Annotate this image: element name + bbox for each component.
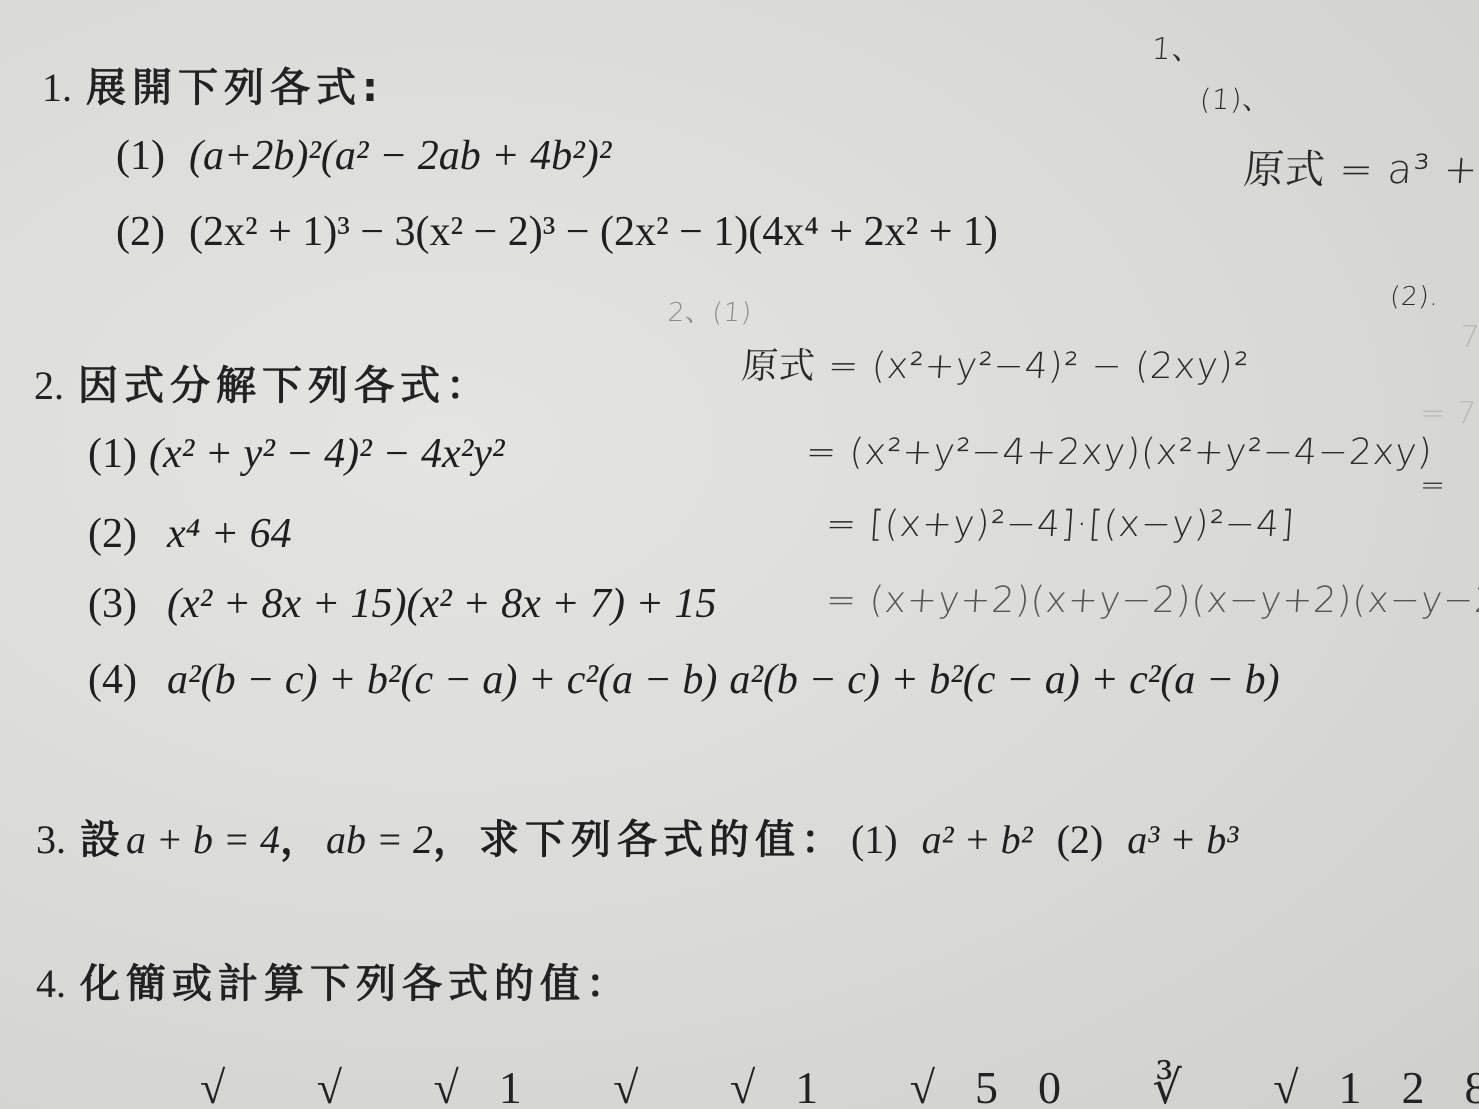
q4-number: 4. bbox=[36, 961, 66, 1006]
q1-item-2: (2)(2x² + 1)³ − 3(x² − 2)³ − (2x² − 1)(4… bbox=[116, 208, 998, 256]
q3-part-2-expr: a³ + b³ bbox=[1127, 817, 1238, 862]
q1-item-1: (1)(a+2b)²(a² − 2ab + 4b²)² bbox=[116, 132, 611, 180]
q2-heading: 2.因式分解下列各式： bbox=[34, 354, 492, 411]
q2-item-1-label: (1) bbox=[88, 431, 137, 477]
hand-faint-2: = bbox=[1419, 468, 1448, 503]
q2-item-1: (1)(x² + y² − 4)² − 4x²y² bbox=[88, 430, 505, 478]
hand-q1-part-2: (2). bbox=[1389, 282, 1440, 312]
q3-cond-1: a + b = 4 bbox=[126, 817, 280, 862]
hand-faint-3: 7 bbox=[1459, 320, 1479, 355]
q3-line: 3.設a + b = 4，ab = 2，求下列各式的值：(1)a² + b²(2… bbox=[36, 808, 1238, 865]
q1-item-1-label: (1) bbox=[116, 133, 165, 179]
q2-item-1-expr: (x² + y² − 4)² − 4x²y² bbox=[149, 431, 505, 477]
q2-item-4-label: (4) bbox=[88, 657, 137, 703]
q4-title: 化簡或計算下列各式的值： bbox=[80, 961, 632, 1007]
hand-q2-line-3: = [(x+y)²−4]·[(x−y)²−4] bbox=[825, 504, 1297, 545]
hand-faint-1: = 7 bbox=[1419, 396, 1478, 431]
q2-item-3-expr: (x² + 8x + 15)(x² + 8x + 7) + 15 bbox=[167, 581, 716, 627]
hand-q1-sub: (1)、 bbox=[1199, 78, 1273, 118]
q1-item-1-expr: (a+2b)²(a² − 2ab + 4b²)² bbox=[189, 133, 611, 179]
q1-item-2-label: (2) bbox=[116, 209, 165, 255]
q2-item-2-label: (2) bbox=[88, 511, 137, 557]
q1-number: 1. bbox=[42, 65, 72, 110]
hand-q2-line-2: = (x²+y²−4+2xy)(x²+y²−4−2xy) bbox=[805, 432, 1434, 473]
q2-item-4-repeat: a²(b − c) + b²(c − a) + c²(a − b) bbox=[729, 657, 1279, 703]
q3-sep: ， bbox=[280, 817, 326, 863]
hand-q2-line-4: = (x+y+2)(x+y−2)(x−y+2)(x−y−2) ✱ bbox=[825, 580, 1479, 621]
q2-title: 因式分解下列各式： bbox=[78, 363, 492, 409]
q1-heading: 1.展開下列各式: bbox=[42, 56, 384, 113]
q3-part-1-label: (1) bbox=[851, 817, 898, 862]
hand-q2-heading: 2、(1) bbox=[667, 292, 754, 329]
q2-item-3-label: (3) bbox=[88, 581, 137, 627]
q3-text-1: 設 bbox=[80, 817, 126, 863]
q1-title: 展開下列各式: bbox=[86, 65, 384, 111]
q3-cond-2: ab = 2 bbox=[326, 817, 433, 862]
hand-q1-line: 原式 = a³ + (2 bbox=[1242, 138, 1479, 195]
q2-item-2-expr: x⁴ + 64 bbox=[167, 511, 292, 557]
hand-q2-line-1: 原式 = (x²+y²−4)² − (2xy)² bbox=[740, 338, 1251, 389]
q4-partial-row: √ √ √1 √ √1 √50 ∛ √128 (2) 1 bbox=[200, 1060, 1479, 1109]
q2-number: 2. bbox=[34, 363, 64, 408]
q1-item-2-expr: (2x² + 1)³ − 3(x² − 2)³ − (2x² − 1)(4x⁴ … bbox=[189, 209, 998, 255]
hand-q1-number: 1、 bbox=[1150, 24, 1204, 68]
q2-item-3: (3)(x² + 8x + 15)(x² + 8x + 7) + 15 bbox=[88, 580, 716, 628]
q3-part-2-label: (2) bbox=[1057, 817, 1104, 862]
q2-item-4: (4)a²(b − c) + b²(c − a) + c²(a − b)a²(b… bbox=[88, 656, 1280, 704]
q4-heading: 4.化簡或計算下列各式的值： bbox=[36, 952, 632, 1009]
q3-text-2: ，求下列各式的值： bbox=[433, 817, 847, 863]
q2-item-4-expr: a²(b − c) + b²(c − a) + c²(a − b) bbox=[167, 657, 717, 703]
q3-number: 3. bbox=[36, 817, 66, 862]
q2-item-2: (2)x⁴ + 64 bbox=[88, 510, 292, 558]
q3-part-1-expr: a² + b² bbox=[922, 817, 1033, 862]
